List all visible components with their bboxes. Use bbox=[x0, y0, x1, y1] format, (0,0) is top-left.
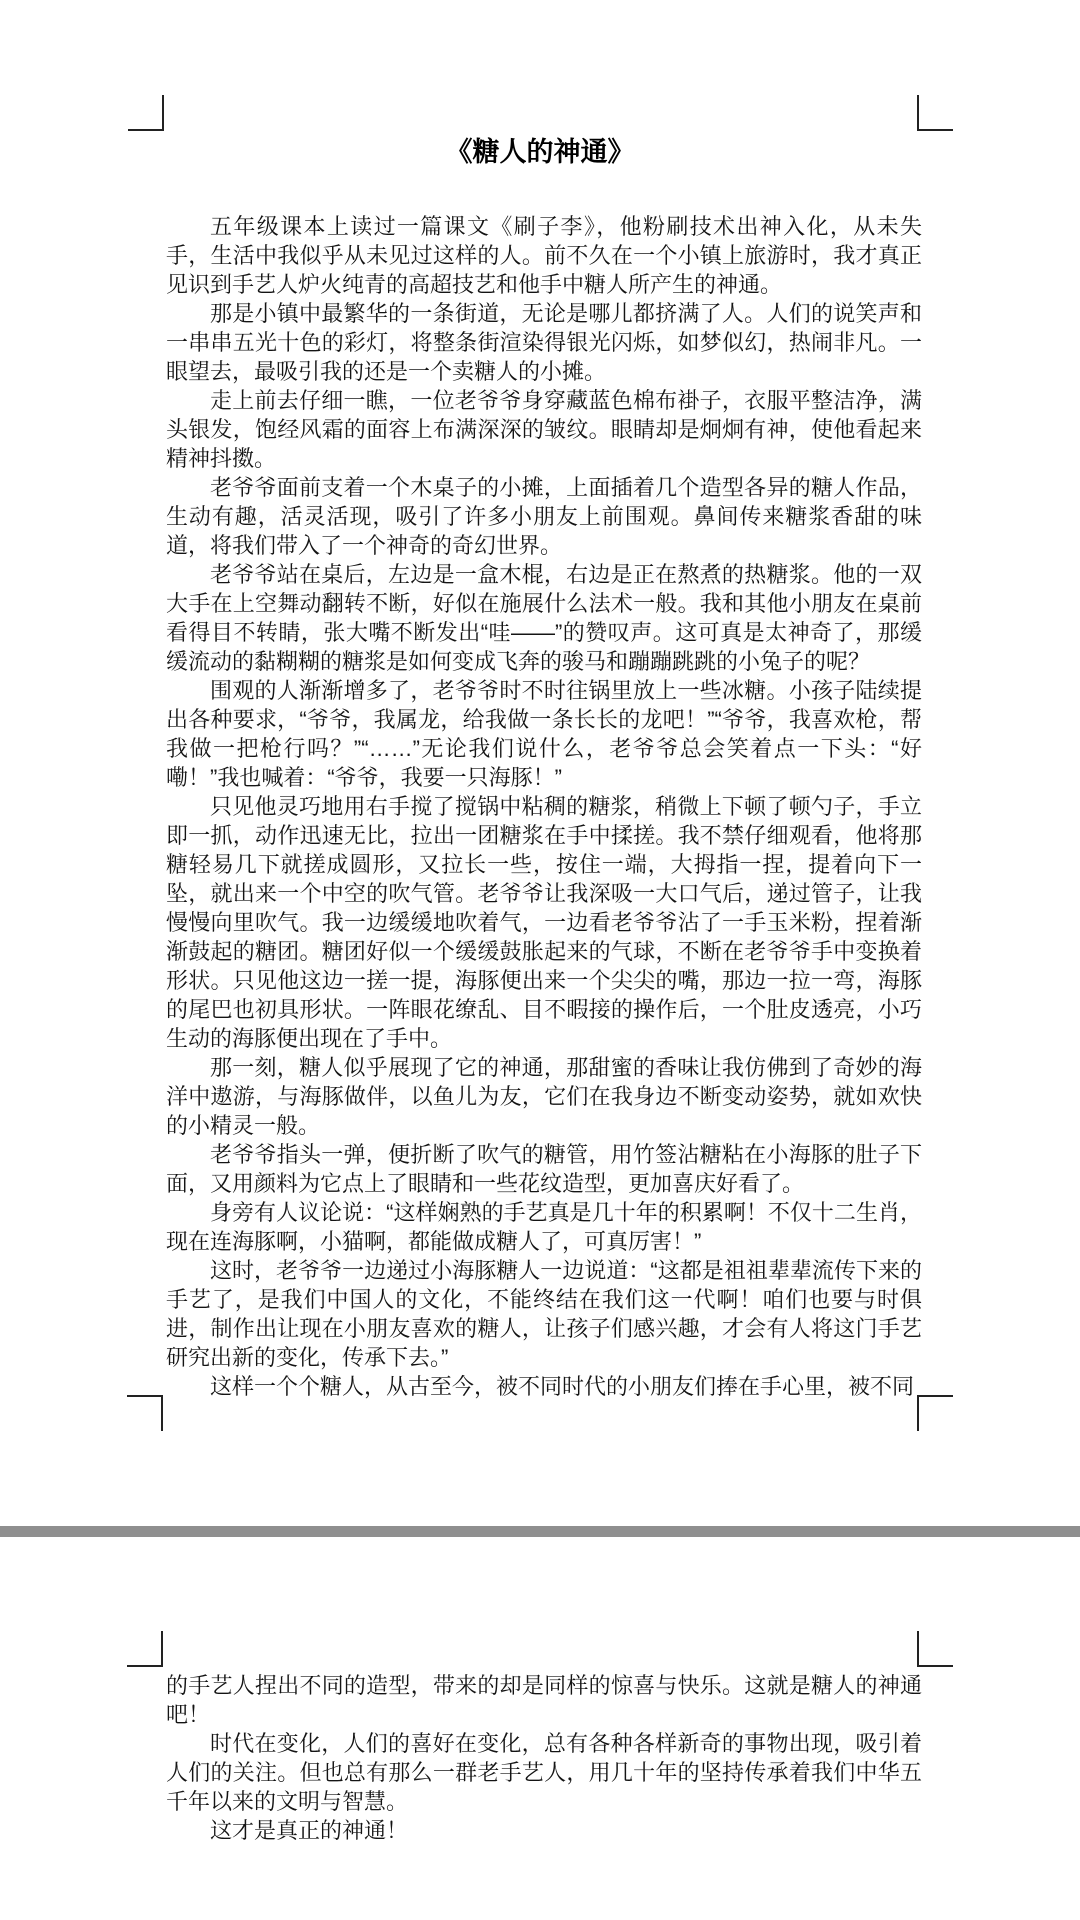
document-preview-canvas: 《糖人的神通》 五年级课本上读过一篇课文《刷子李》，他粉刷技术出神入化，从未失手… bbox=[0, 0, 1080, 1920]
document-title: 《糖人的神通》 bbox=[0, 134, 1080, 170]
page-break-divider bbox=[0, 1526, 1080, 1537]
crop-mark-page1-bottom-right bbox=[917, 1395, 953, 1431]
crop-mark-page2-top-right bbox=[917, 1631, 953, 1667]
paragraph: 老爷爷站在桌后，左边是一盒木棍，右边是正在熬煮的热糖浆。他的一双大手在上空舞动翻… bbox=[166, 560, 922, 676]
paragraph: 五年级课本上读过一篇课文《刷子李》，他粉刷技术出神入化，从未失手，生活中我似乎从… bbox=[166, 212, 922, 299]
paragraph: 只见他灵巧地用右手搅了搅锅中粘稠的糖浆，稍微上下顿了顿勺子，手立即一抓，动作迅速… bbox=[166, 792, 922, 1053]
crop-mark-page1-top-right bbox=[917, 95, 953, 131]
paragraph: 老爷爷指头一弹，便折断了吹气的糖管，用竹签沾糖粘在小海豚的肚子下面，又用颜料为它… bbox=[166, 1140, 922, 1198]
paragraph: 时代在变化，人们的喜好在变化，总有各种各样新奇的事物出现，吸引着人们的关注。但也… bbox=[166, 1729, 922, 1816]
paragraph: 那是小镇中最繁华的一条街道，无论是哪儿都挤满了人。人们的说笑声和一串串五光十色的… bbox=[166, 299, 922, 386]
paragraph: 身旁有人议论说：“这样娴熟的手艺真是几十年的积累啊！不仅十二生肖，现在连海豚啊，… bbox=[166, 1198, 922, 1256]
crop-mark-page1-bottom-left bbox=[127, 1395, 163, 1431]
paragraph: 走上前去仔细一瞧，一位老爷爷身穿藏蓝色棉布褂子，衣服平整洁净，满头银发，饱经风霜… bbox=[166, 386, 922, 473]
paragraph: 这样一个个糖人，从古至今，被不同时代的小朋友们捧在手心里，被不同 bbox=[166, 1372, 922, 1401]
crop-mark-page1-top-left bbox=[128, 95, 164, 131]
paragraph: 围观的人渐渐增多了，老爷爷时不时往锅里放上一些冰糖。小孩子陆续提出各种要求，“爷… bbox=[166, 676, 922, 792]
page-1-text: 五年级课本上读过一篇课文《刷子李》，他粉刷技术出神入化，从未失手，生活中我似乎从… bbox=[166, 212, 922, 1404]
crop-mark-page2-top-left bbox=[127, 1631, 163, 1667]
page-2-text: 的手艺人捏出不同的造型，带来的却是同样的惊喜与快乐。这就是糖人的神通吧！时代在变… bbox=[166, 1671, 922, 1857]
paragraph: 的手艺人捏出不同的造型，带来的却是同样的惊喜与快乐。这就是糖人的神通吧！ bbox=[166, 1671, 922, 1729]
paragraph: 这才是真正的神通！ bbox=[166, 1816, 922, 1845]
paragraph: 老爷爷面前支着一个木桌子的小摊，上面插着几个造型各异的糖人作品，生动有趣，活灵活… bbox=[166, 473, 922, 560]
paragraph: 这时，老爷爷一边递过小海豚糖人一边说道：“这都是祖祖辈辈流传下来的手艺了，是我们… bbox=[166, 1256, 922, 1372]
paragraph: 那一刻，糖人似乎展现了它的神通，那甜蜜的香味让我仿佛到了奇妙的海洋中遨游，与海豚… bbox=[166, 1053, 922, 1140]
